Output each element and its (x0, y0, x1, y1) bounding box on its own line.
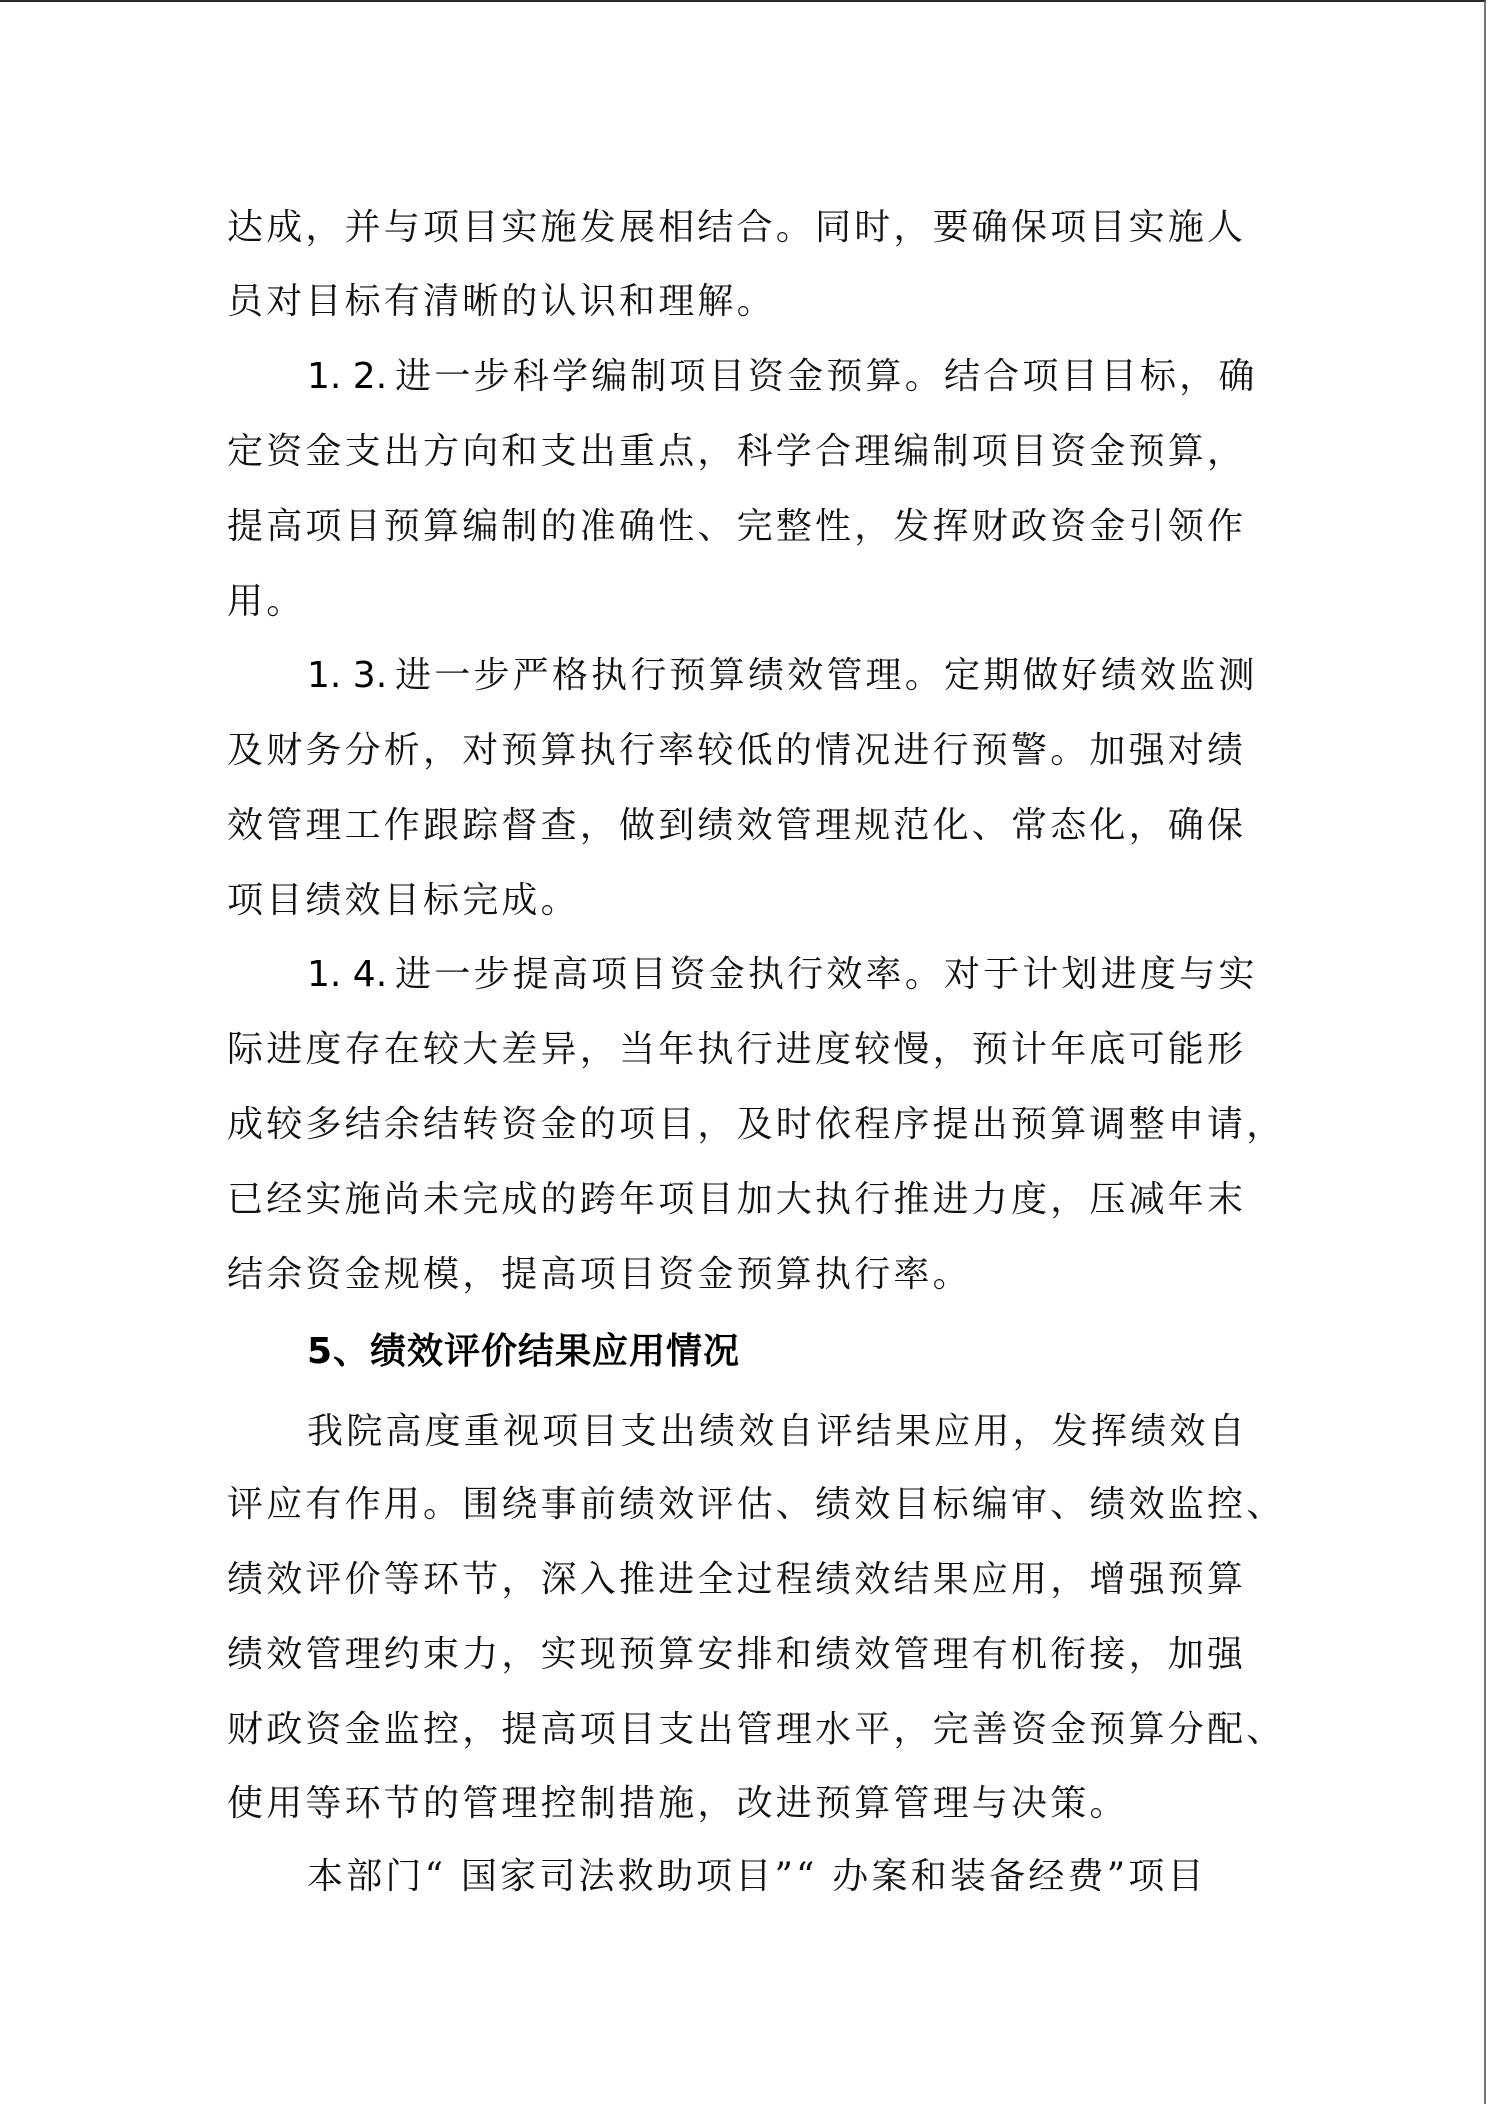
paragraph-line: 进一步科学编制项目资金预算。结合项目目标，确 (395, 356, 1257, 397)
paragraph-line: 效管理工作跟踪督查，做到绩效管理规范化、常态化，确保 (227, 803, 1246, 849)
paragraph-line: 及财务分析，对预算执行率较低的情况进行预警。加强对绩 (227, 728, 1246, 774)
paragraph-line: 评应有作用。围绕事前绩效评估、绩效目标编审、绩效监控、 (227, 1482, 1285, 1528)
paragraph-line: 绩效评价等环节，深入推进全过程绩效结果应用，增强预算 (227, 1557, 1246, 1603)
document-page: 达成，并与项目实施发展相结合。同时，要确保项目实施人 员对目标有清晰的认识和理解… (0, 0, 1486, 2104)
paragraph-line: 员对目标有清晰的认识和理解。 (227, 279, 776, 325)
list-item-number: 1. 2. (307, 356, 387, 397)
paragraph-line: 提高项目预算编制的准确性、完整性，发挥财政资金引领作 (227, 504, 1246, 550)
paragraph-line: 进一步提高项目资金执行效率。对于计划进度与实 (395, 954, 1257, 995)
list-item-number: 1. 3. (307, 655, 387, 696)
paragraph-line: 绩效管理约束力，实现预算安排和绩效管理有机衔接，加强 (227, 1632, 1246, 1678)
paragraph-line: 定资金支出方向和支出重点，科学合理编制项目资金预算， (227, 429, 1246, 475)
paragraph-line: 我院高度重视项目支出绩效自评结果应用，发挥绩效自 (307, 1409, 1248, 1455)
paragraph-line: 际进度存在较大差异，当年执行进度较慢，预计年底可能形 (227, 1027, 1246, 1073)
paragraph-line: 已经实施尚未完成的跨年项目加大执行推进力度，压减年末 (227, 1177, 1246, 1223)
section-heading: 5、绩效评价结果应用情况 (307, 1329, 740, 1375)
paragraph-line: 使用等环节的管理控制措施，改进预算管理与决策。 (227, 1781, 1129, 1827)
paragraph-line: 结余资金规模，提高项目资金预算执行率。 (227, 1252, 972, 1298)
list-item-1-3: 1. 3.进一步严格执行预算绩效管理。定期做好绩效监测 (307, 653, 1258, 699)
paragraph-line: 达成，并与项目实施发展相结合。同时，要确保项目实施人 (227, 205, 1246, 251)
paragraph-line: 进一步严格执行预算绩效管理。定期做好绩效监测 (395, 655, 1257, 696)
paragraph-line: 本部门“ 国家司法救助项目”“ 办案和装备经费”项目 (307, 1854, 1207, 1900)
list-item-number: 1. 4. (307, 954, 387, 995)
paragraph-line: 项目绩效目标完成。 (227, 878, 580, 924)
paragraph-line: 财政资金监控，提高项目支出管理水平，完善资金预算分配、 (227, 1707, 1285, 1753)
paragraph-line: 用。 (227, 579, 305, 625)
list-item-1-2: 1. 2.进一步科学编制项目资金预算。结合项目目标，确 (307, 354, 1258, 400)
paragraph-line: 成较多结余结转资金的项目，及时依程序提出预算调整申请， (227, 1102, 1285, 1148)
list-item-1-4: 1. 4.进一步提高项目资金执行效率。对于计划进度与实 (307, 952, 1258, 998)
